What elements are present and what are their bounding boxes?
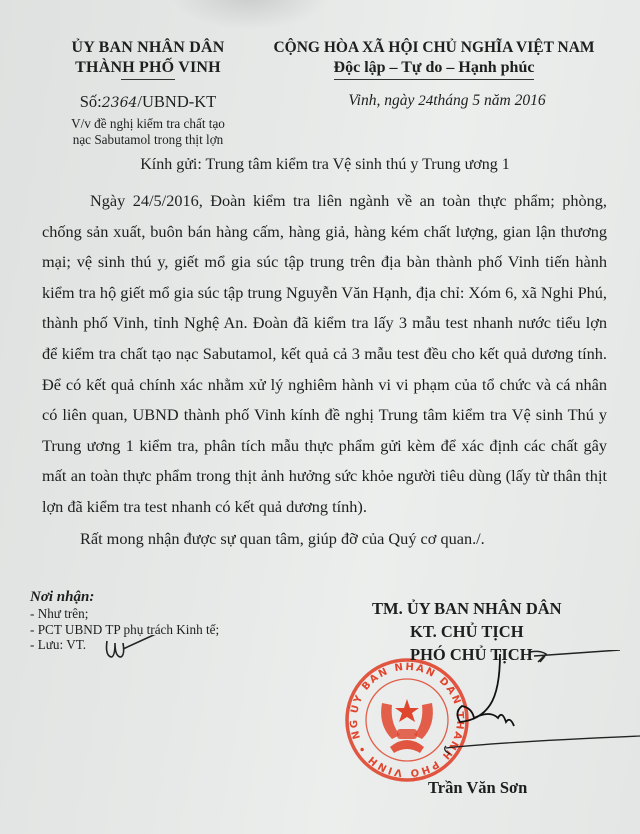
document-number: Số:2364/UBND-KT [40, 92, 256, 112]
doc-number-suffix: /UBND-KT [137, 92, 216, 111]
recipients-list: Nơi nhận: - Như trên; - PCT UBND TP phụ … [30, 588, 219, 653]
doc-number-handwritten: 2364 [102, 95, 138, 111]
addressee: Kính gửi: Trung tâm kiểm tra Vệ sinh thú… [0, 156, 640, 174]
handwritten-signature-icon [350, 650, 640, 780]
body-paragraph: Ngày 24/5/2016, Đoàn kiểm tra liên ngành… [42, 186, 607, 523]
subject-line2: nạc Sabutamol trong thịt lợn [40, 132, 256, 148]
signature-line2: KT. CHỦ TỊCH [370, 620, 640, 643]
issuer-header: ỦY BAN NHÂN DÂN THÀNH PHỐ VINH Số:2364/U… [40, 38, 256, 148]
signer-name: Trần Văn Sơn [428, 778, 527, 798]
issuer-name-line2: THÀNH PHỐ VINH [40, 58, 256, 78]
issuer-name-line1: ỦY BAN NHÂN DÂN [40, 38, 256, 58]
recipient-item: - Như trên; [30, 606, 219, 622]
recipients-title: Nơi nhận: [30, 588, 219, 606]
closing-paragraph: Rất mong nhận được sự quan tâm, giúp đỡ … [42, 524, 607, 555]
nation-title: CỘNG HÒA XÃ HỘI CHỦ NGHĨA VIỆT NAM [258, 38, 610, 58]
initials-scribble-icon [103, 635, 163, 665]
document-date: Vinh, ngày 24tháng 5 năm 2016 [258, 92, 610, 110]
date-prefix: Vinh, ngày [348, 92, 418, 109]
signature-line1: TM. ỦY BAN NHÂN DÂN [370, 597, 640, 620]
subject-line1: V/v đề nghị kiểm tra chất tạo [40, 116, 256, 132]
issuer-underline [121, 79, 175, 80]
doc-number-prefix: Số: [80, 92, 102, 111]
document-subject: V/v đề nghị kiểm tra chất tạo nạc Sabuta… [40, 116, 256, 148]
date-suffix: tháng 5 năm 2016 [433, 92, 545, 109]
letter-body: Ngày 24/5/2016, Đoàn kiểm tra liên ngành… [42, 186, 607, 554]
national-motto: Độc lập – Tự do – Hạnh phúc [334, 58, 535, 80]
national-header: CỘNG HÒA XÃ HỘI CHỦ NGHĨA VIỆT NAM Độc l… [258, 38, 610, 110]
date-day-handwritten: 24 [418, 93, 433, 109]
photo-shadow [170, 0, 330, 30]
